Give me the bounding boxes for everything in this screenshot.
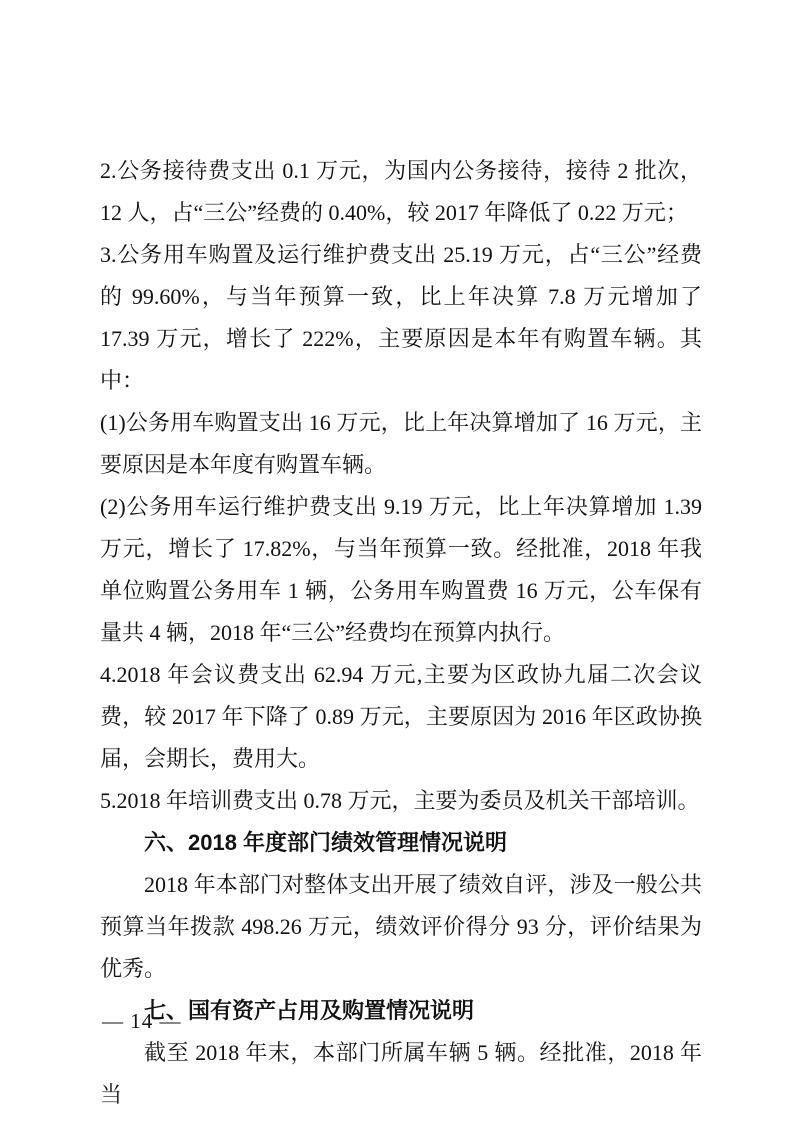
page-number: — 14 — [102,1000,182,1042]
paragraph-public-reception-expense: 2.公务接待费支出 0.1 万元，为国内公务接待，接待 2 批次，12 人，占“… [100,150,702,234]
paragraph-performance-evaluation: 2018 年本部门对整体支出开展了绩效自评，涉及一般公共预算当年拨款 498.2… [100,864,702,990]
paragraph-vehicle-purchase-expense: (1)公务用车购置支出 16 万元，比上年决算增加了 16 万元，主要原因是本年… [100,402,702,486]
paragraph-vehicle-maintenance-expense: (2)公务用车运行维护费支出 9.19 万元，比上年决算增加 1.39 万元，增… [100,486,702,654]
paragraph-training-expense: 5.2018 年培训费支出 0.78 万元，主要为委员及机关干部培训。 [100,780,702,822]
section-heading-performance-management: 六、2018 年度部门绩效管理情况说明 [100,822,702,864]
section-heading-state-assets: 七、国有资产占用及购置情况说明 [100,990,702,1032]
document-body: 2.公务接待费支出 0.1 万元，为国内公务接待，接待 2 批次，12 人，占“… [100,150,702,1116]
paragraph-state-assets: 截至 2018 年末，本部门所属车辆 5 辆。经批准，2018 年当 [100,1032,702,1116]
paragraph-meeting-expense: 4.2018 年会议费支出 62.94 万元,主要为区政协九届二次会议费，较 2… [100,654,702,780]
document-page: 2.公务接待费支出 0.1 万元，为国内公务接待，接待 2 批次，12 人，占“… [0,0,793,1122]
paragraph-official-vehicle-expense: 3.公务用车购置及运行维护费支出 25.19 万元，占“三公”经费的 99.60… [100,234,702,402]
